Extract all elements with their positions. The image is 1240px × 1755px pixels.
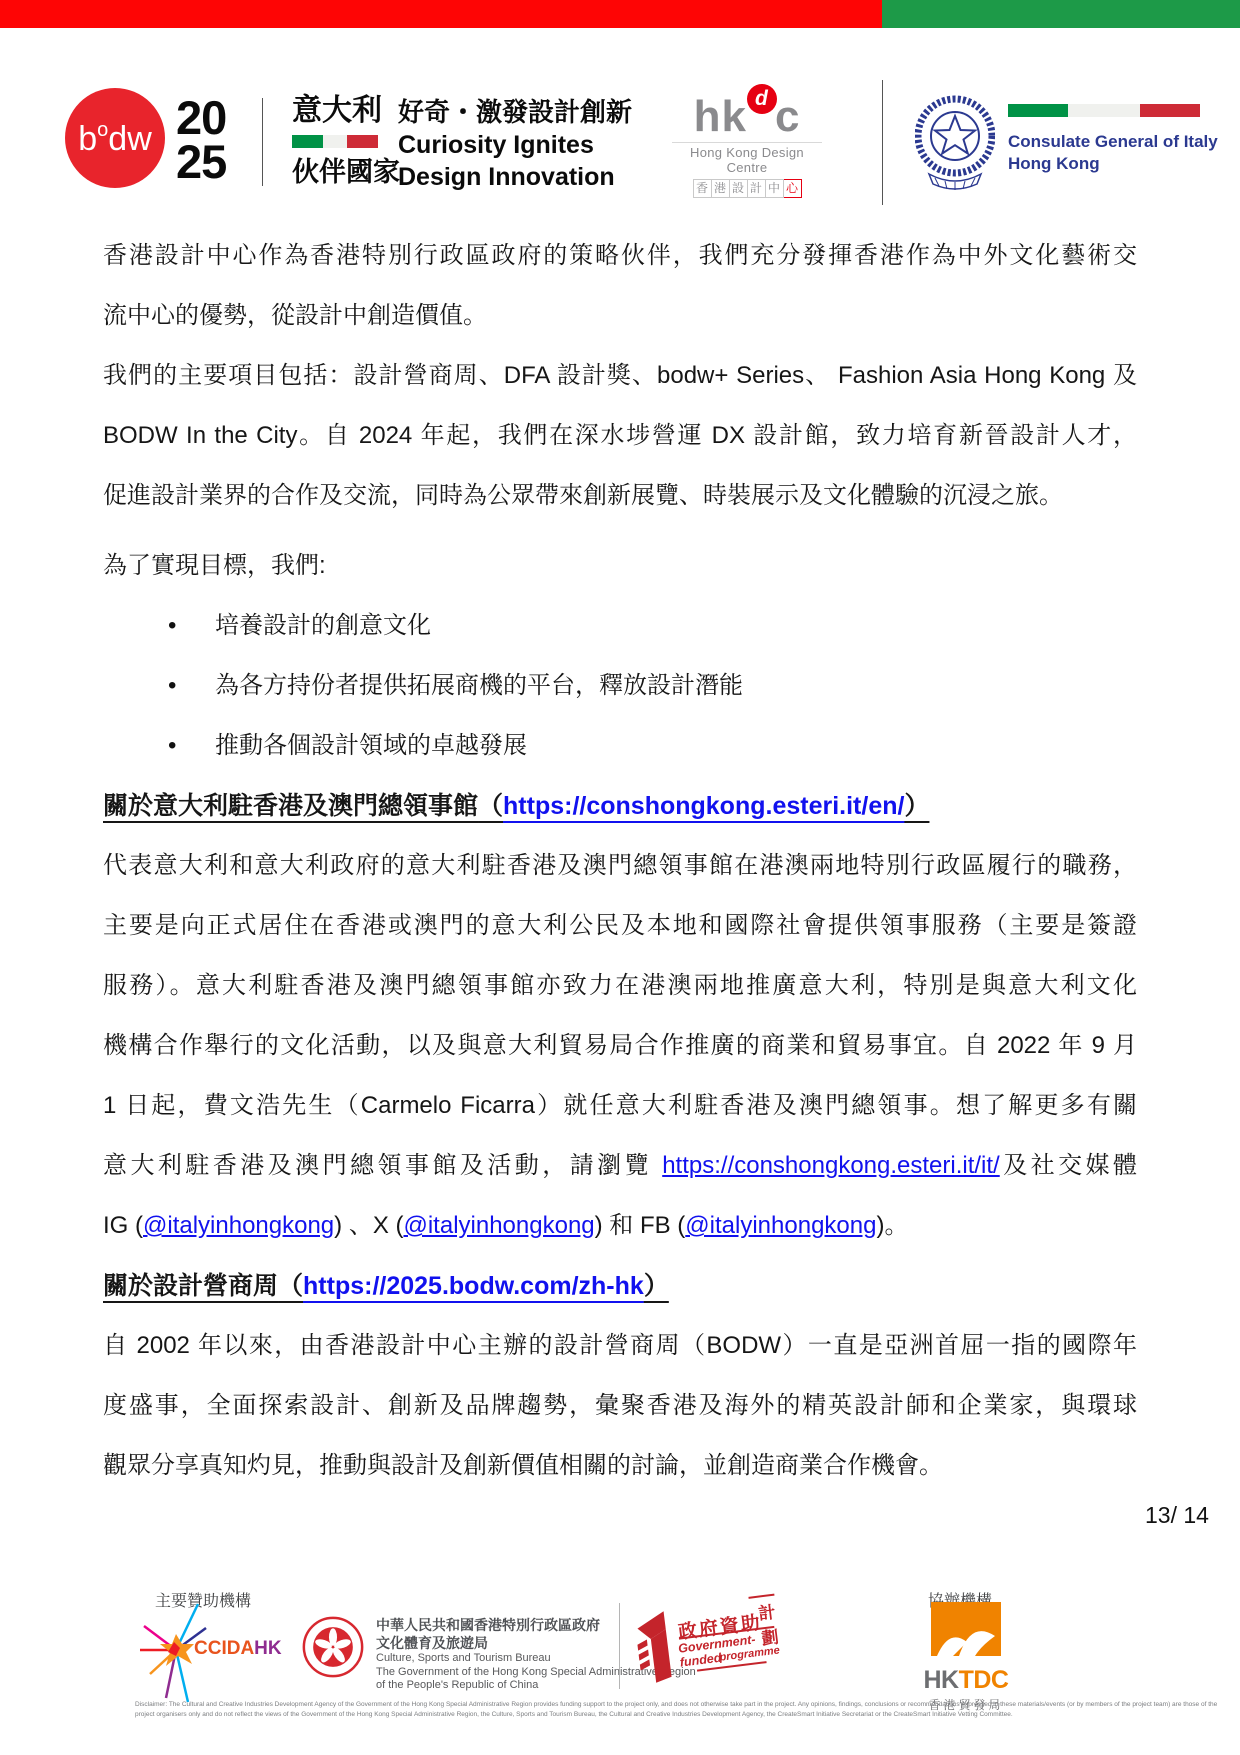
government-funded-logo: 政府資助 計劃 Government-funded programme bbox=[629, 1591, 789, 1699]
partner-country-label: 伙伴國家 bbox=[292, 158, 400, 186]
paragraph-line: 自 2002 年以來，由香港設計中心主辦的設計營商周（BODW）一直是亞洲首屈一… bbox=[103, 1316, 1137, 1376]
govfund-mark-icon bbox=[629, 1606, 682, 1689]
hkdc-logo-text: hkdc bbox=[672, 84, 822, 140]
paragraph-line: 意大利駐香港及澳門總領事館及活動，請瀏覽 https://conshongkon… bbox=[103, 1136, 1137, 1196]
paragraph-line: 我們的主要項目包括：設計營商周、DFA 設計獎、bodw+ Series、 Fa… bbox=[103, 346, 1137, 406]
header-divider bbox=[262, 98, 263, 186]
event-tagline: 好奇・激發設計創新 Curiosity Ignites Design Innov… bbox=[398, 96, 632, 193]
paragraph-line: 代表意大利和意大利政府的意大利駐香港及澳門總領事館在港澳兩地特別行政區履行的職務… bbox=[103, 836, 1137, 896]
paragraph-line: 促進設計業界的合作及交流，同時為公眾帶來創新展覽、時裝展示及文化體驗的沉浸之旅。 bbox=[103, 466, 1137, 526]
bullet-dot-icon: • bbox=[103, 656, 215, 716]
italy-name: 意大利 bbox=[292, 96, 400, 126]
footer-divider bbox=[619, 1603, 620, 1689]
consulate-it-url-link[interactable]: https://conshongkong.esteri.it/it/ bbox=[662, 1152, 1000, 1179]
x-handle-link[interactable]: @italyinhongkong bbox=[403, 1212, 594, 1239]
facebook-handle-link[interactable]: @italyinhongkong bbox=[685, 1212, 876, 1239]
bodw-url-link[interactable]: https://2025.bodw.com/zh-hk bbox=[303, 1272, 644, 1300]
instagram-handle-link[interactable]: @italyinhongkong bbox=[143, 1212, 334, 1239]
paragraph-line: 香港設計中心作為香港特別行政區政府的策略伙伴，我們充分發揮香港作為中外文化藝術交 bbox=[103, 226, 1137, 286]
hkdc-name-en: Hong Kong Design Centre bbox=[672, 142, 822, 175]
hkdc-logo: hkdc Hong Kong Design Centre 香港設計中心 bbox=[672, 84, 822, 198]
consulate-block: Consulate General of Italy Hong Kong bbox=[1008, 104, 1218, 175]
header-divider bbox=[882, 80, 883, 205]
hksar-emblem-icon bbox=[302, 1616, 364, 1678]
bodw-logo: bodw bbox=[65, 88, 165, 188]
section-heading-bodw: 關於設計營商周（https://2025.bodw.com/zh-hk） bbox=[103, 1256, 1137, 1316]
hktdc-mark-icon bbox=[929, 1602, 1003, 1658]
paragraph-line: 流中心的優勢，從設計中創造價值。 bbox=[103, 286, 1137, 346]
consulate-url-link[interactable]: https://conshongkong.esteri.it/en/ bbox=[503, 792, 904, 820]
paragraph-line: 服務）。意大利駐香港及澳門總領事館亦致力在港澳兩地推廣意大利，特別是與意大利文化 bbox=[103, 956, 1137, 1016]
paragraph-line: 1 日起，費文浩先生（Carmelo Ficarra）就任意大利駐香港及澳門總領… bbox=[103, 1076, 1137, 1136]
italy-flag-icon bbox=[1008, 104, 1200, 117]
consulate-name: Consulate General of Italy bbox=[1008, 131, 1218, 153]
paragraph-line: 主要是向正式居住在香港或澳門的意大利公民及本地和國際社會提供領事服務（主要是簽證 bbox=[103, 896, 1137, 956]
document-page: bodw 20 25 意大利 伙伴國家 好奇・激發設計創新 Curiosity … bbox=[0, 0, 1240, 1755]
hkdc-d-circle-icon: d bbox=[747, 84, 777, 114]
list-item: • 培養設計的創意文化 bbox=[103, 596, 1137, 656]
list-item-text: 培養設計的創意文化 bbox=[215, 596, 431, 656]
italy-partner-block: 意大利 伙伴國家 bbox=[292, 96, 400, 186]
ccida-logo-text: CCIDAHK bbox=[194, 1638, 282, 1660]
red-bar-segment bbox=[0, 0, 882, 28]
paragraph-line: IG (@italyinhongkong) 、X (@italyinhongko… bbox=[103, 1196, 1137, 1256]
page-number: 13/ 14 bbox=[1145, 1502, 1209, 1529]
paragraph-line: 機構合作舉行的文化活動，以及與意大利貿易局合作推廣的商業和貿易事宜。自 2022… bbox=[103, 1016, 1137, 1076]
document-body: 香港設計中心作為香港特別行政區政府的策略伙伴，我們充分發揮香港作為中外文化藝術交… bbox=[103, 226, 1137, 1496]
disclaimer-text: Disclaimer: The Cultural and Creative In… bbox=[135, 1700, 1145, 1720]
top-flag-bar bbox=[0, 0, 1240, 28]
list-item: • 推動各個設計領域的卓越發展 bbox=[103, 716, 1137, 776]
bodw-logo-text: bodw bbox=[78, 120, 152, 156]
section-heading-consulate: 關於意大利駐香港及澳門總領事館（https://conshongkong.est… bbox=[103, 776, 1137, 836]
hkdc-name-zh: 香港設計中心 bbox=[672, 179, 822, 198]
italy-flag-icon bbox=[292, 135, 378, 148]
consulate-city: Hong Kong bbox=[1008, 153, 1218, 175]
paragraph-line: 度盛事，全面探索設計、創新及品牌趨勢，彙聚香港及海外的精英設計師和企業家，與環球 bbox=[103, 1376, 1137, 1436]
list-item-text: 為各方持份者提供拓展商機的平台，釋放設計潛能 bbox=[215, 656, 743, 716]
ccida-logo: CCIDAHK bbox=[136, 1598, 306, 1698]
bullet-dot-icon: • bbox=[103, 596, 215, 656]
italy-emblem-icon bbox=[915, 88, 995, 205]
paragraph-line: BODW In the City。自 2024 年起，我們在深水埗營運 DX 設… bbox=[103, 406, 1137, 466]
green-bar-segment bbox=[882, 0, 1240, 28]
paragraph-line: 觀眾分享真知灼見，推動與設計及創新價值相關的討論，並創造商業合作機會。 bbox=[103, 1436, 1137, 1496]
hktdc-logo-text: HKTDC bbox=[916, 1667, 1016, 1693]
goal-intro: 為了實現目標，我們: bbox=[103, 536, 1137, 596]
bodw-year: 20 25 bbox=[176, 96, 226, 184]
bullet-dot-icon: • bbox=[103, 716, 215, 776]
list-item-text: 推動各個設計領域的卓越發展 bbox=[215, 716, 527, 776]
list-item: • 為各方持份者提供拓展商機的平台，釋放設計潛能 bbox=[103, 656, 1137, 716]
hktdc-logo: HKTDC 香港貿發局 bbox=[916, 1602, 1016, 1713]
